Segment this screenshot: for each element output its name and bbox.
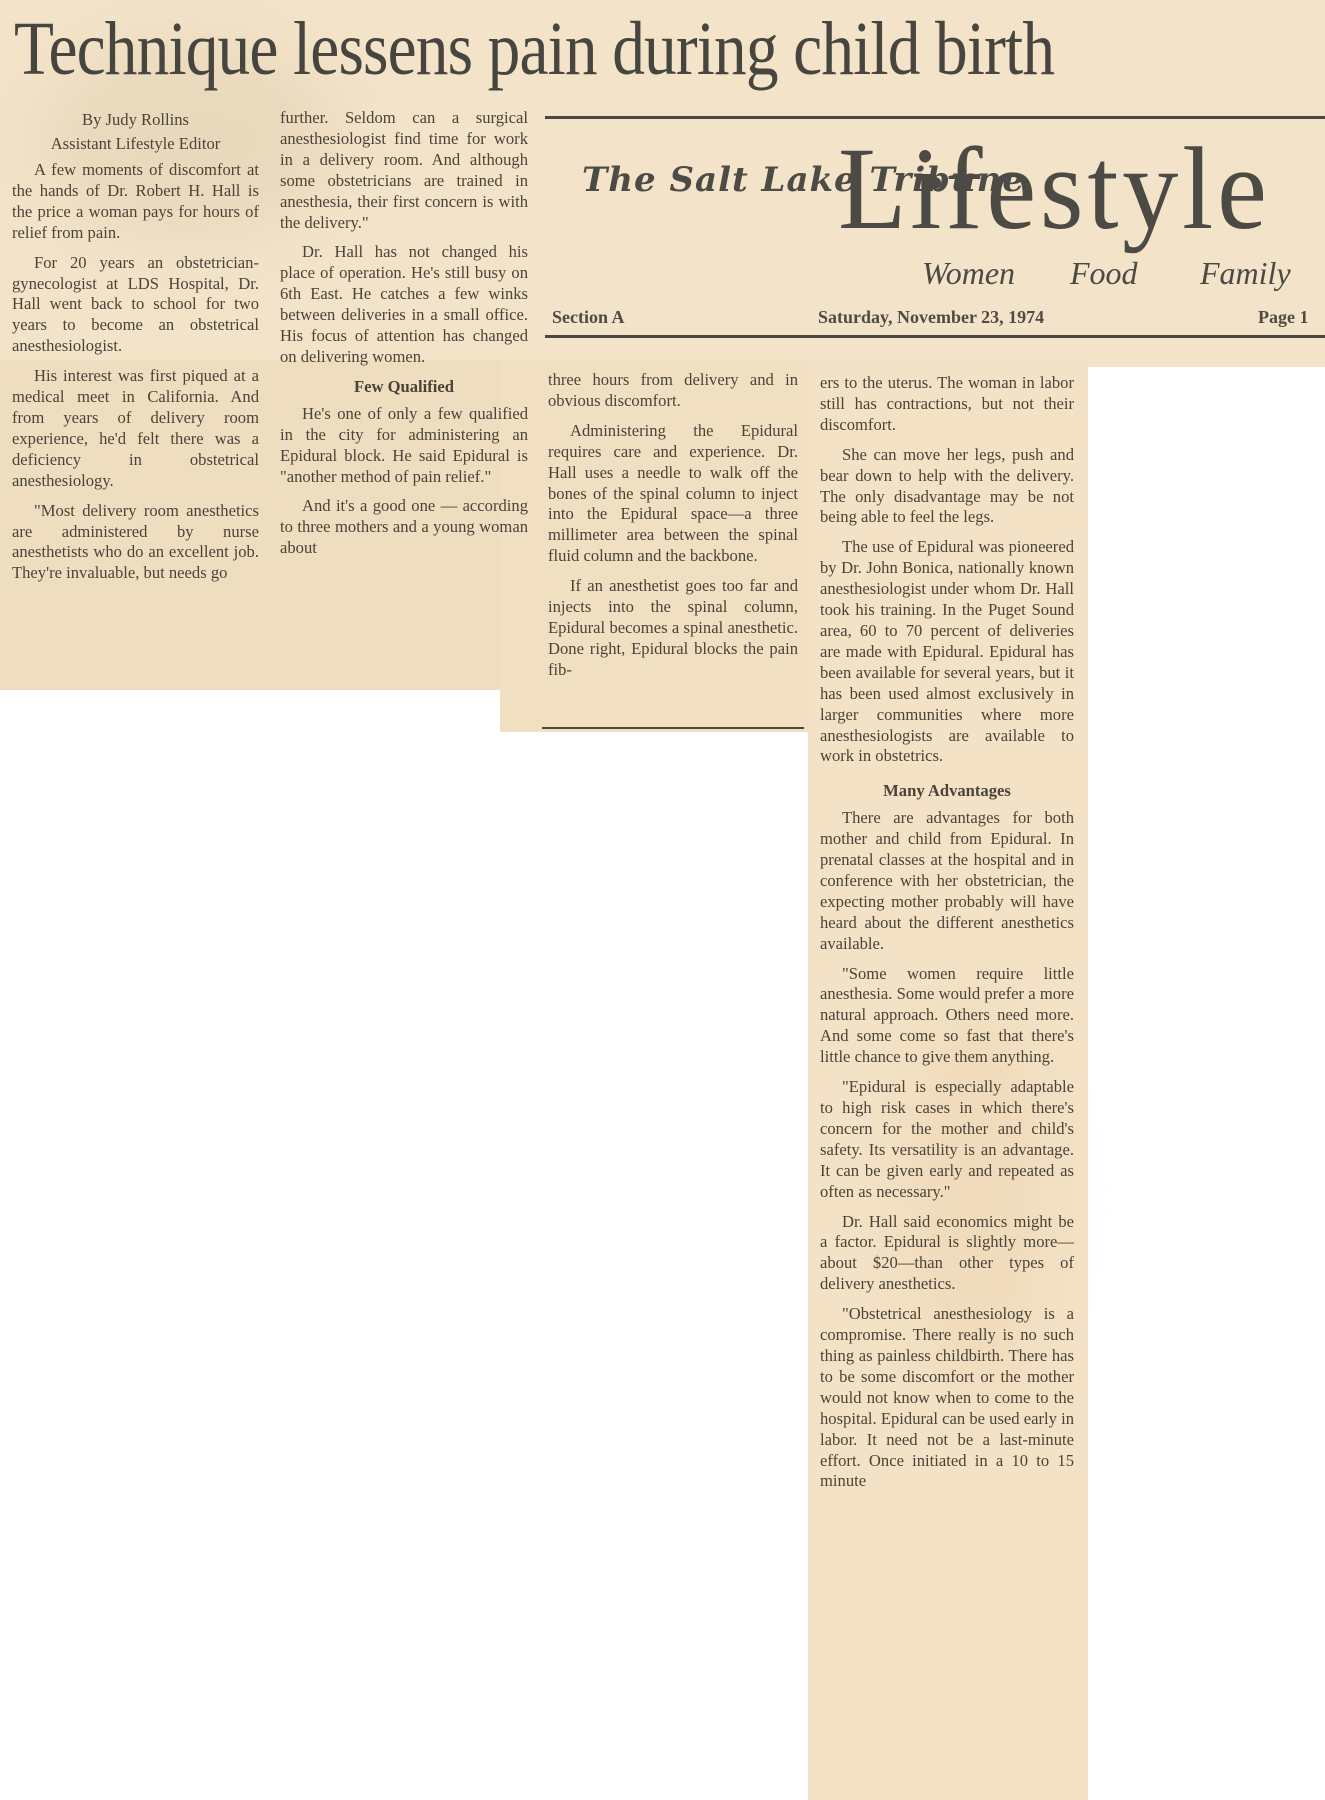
category-women: Women	[922, 255, 1015, 292]
article-column-4: ers to the uterus. The woman in labor st…	[820, 373, 1074, 1501]
subhead-few-qualified: Few Qualified	[280, 377, 528, 398]
subhead-many-advantages: Many Advantages	[820, 781, 1074, 802]
paragraph: "Epidural is especially adaptable to hig…	[820, 1077, 1074, 1202]
paragraph: further. Seldom can a surgical anesthesi…	[280, 108, 528, 233]
paragraph: Administering the Epidural requires care…	[548, 421, 798, 567]
masthead-top-rule	[545, 116, 1325, 119]
paragraph: ers to the uterus. The woman in labor st…	[820, 373, 1074, 436]
paragraph: She can move her legs, push and bear dow…	[820, 445, 1074, 529]
article-column-1: By Judy Rollins Assistant Lifestyle Edit…	[12, 108, 259, 593]
paragraph: Dr. Hall said economics might be a facto…	[820, 1212, 1074, 1296]
byline-title: Assistant Lifestyle Editor	[12, 132, 259, 156]
byline: By Judy Rollins	[12, 108, 259, 132]
category-family: Family	[1200, 255, 1291, 292]
paragraph: There are advantages for both mother and…	[820, 808, 1074, 954]
paragraph: "Obstetrical anesthesiology is a comprom…	[820, 1304, 1074, 1492]
paragraph: three hours from delivery and in obvious…	[548, 370, 798, 412]
headline: Technique lessens pain during child birt…	[14, 6, 1054, 93]
paragraph: "Most delivery room anesthetics are admi…	[12, 501, 259, 585]
article-column-2: further. Seldom can a surgical anesthesi…	[280, 108, 528, 568]
masthead-bottom-rule	[545, 335, 1325, 338]
section-label: Section A	[552, 307, 625, 328]
paragraph: If an anesthetist goes too far and injec…	[548, 576, 798, 681]
page-number: Page 1	[1258, 307, 1308, 328]
paragraph: Dr. Hall has not changed his place of op…	[280, 242, 528, 367]
paragraph: "Some women require little anesthesia. S…	[820, 964, 1074, 1069]
paragraph: A few moments of discomfort at the hands…	[12, 160, 259, 244]
paragraph: He's one of only a few qualified in the …	[280, 404, 528, 488]
section-title: Lifestyle	[838, 130, 1271, 248]
paragraph: The use of Epidural was pioneered by Dr.…	[820, 537, 1074, 767]
paragraph: For 20 years an obstetrician-gynecologis…	[12, 253, 259, 358]
paragraph: His interest was first piqued at a medic…	[12, 366, 259, 491]
paragraph: And it's a good one — according to three…	[280, 496, 528, 559]
category-food: Food	[1070, 255, 1138, 292]
column-end-rule	[542, 727, 804, 729]
article-column-3: three hours from delivery and in obvious…	[548, 370, 798, 690]
issue-date: Saturday, November 23, 1974	[818, 307, 1044, 328]
